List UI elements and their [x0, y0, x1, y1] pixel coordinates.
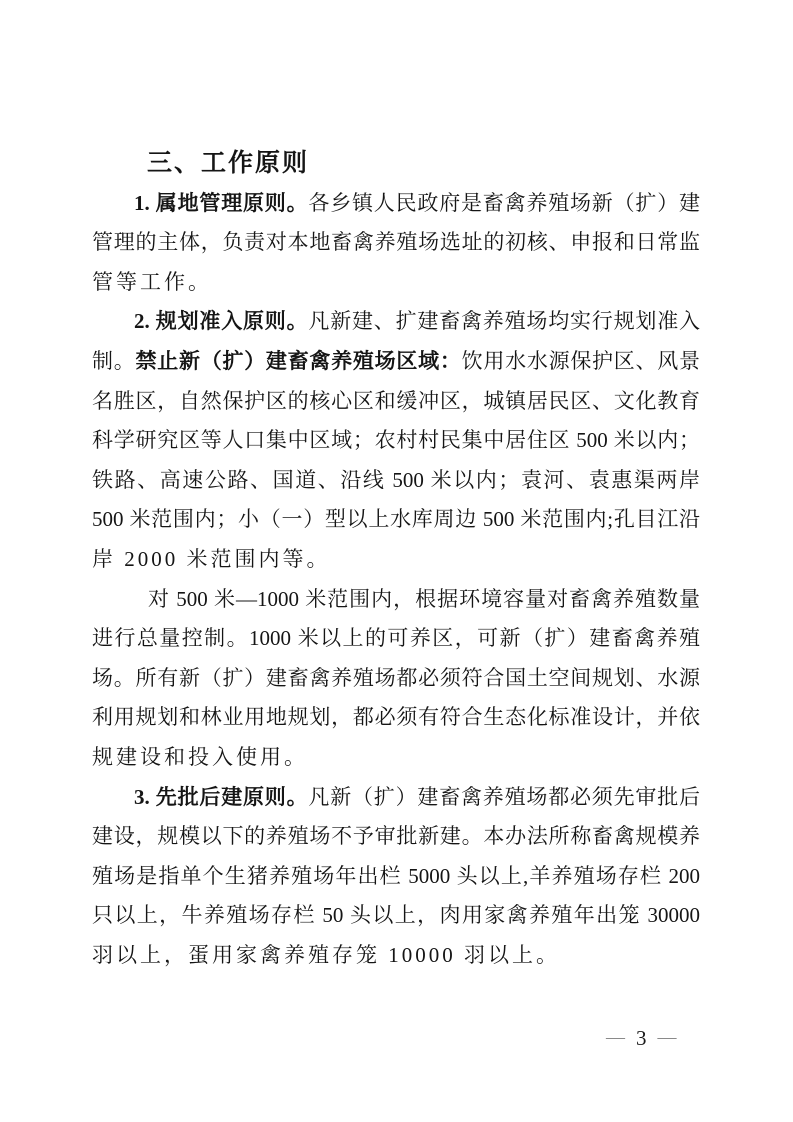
text-line: 管等工作。 [92, 263, 700, 303]
text-line: 对 500 米—1000 米范围内，根据环境容量对畜禽养殖数量 [92, 580, 700, 620]
text-line: 羽以上，蛋用家禽养殖存笼 10000 羽以上。 [92, 936, 700, 976]
text-segment: 只以上，牛养殖场存栏 50 头以上，肉用家禽养殖年出笼 30000 [92, 903, 700, 927]
text-line: 只以上，牛养殖场存栏 50 头以上，肉用家禽养殖年出笼 30000 [92, 896, 700, 936]
text-segment: 凡新建、扩建畜禽养殖场均实行规划准入 [308, 309, 700, 333]
text-line: 进行总量控制。1000 米以上的可养区，可新（扩）建畜禽养殖 [92, 619, 700, 659]
text-line: 2. 规划准入原则。凡新建、扩建畜禽养殖场均实行规划准入 [92, 302, 700, 342]
bold-text-segment: 3. 先批后建原则。 [134, 785, 308, 809]
text-line: 场。所有新（扩）建畜禽养殖场都必须符合国土空间规划、水源 [92, 659, 700, 699]
text-line: 管理的主体，负责对本地畜禽养殖场选址的初核、申报和日常监 [92, 223, 700, 263]
text-segment: 科学研究区等人口集中区域；农村村民集中居住区 500 米以内； [92, 428, 700, 452]
page-number-right-dash: — [658, 1023, 677, 1053]
bold-text-segment: 1. 属地管理原则。 [134, 191, 308, 215]
text-line: 利用规划和林业用地规划，都必须有符合生态化标准设计，并依 [92, 698, 700, 738]
text-segment: 凡新（扩）建畜禽养殖场都必须先审批后 [308, 785, 700, 809]
text-segment: 名胜区，自然保护区的核心区和缓冲区，城镇居民区、文化教育 [92, 389, 700, 413]
text-line: 制。禁止新（扩）建畜禽养殖场区域：饮用水水源保护区、风景 [92, 342, 700, 382]
text-line: 岸 2000 米范围内等。 [92, 540, 700, 580]
text-segment: 制。 [92, 349, 135, 373]
text-line: 铁路、高速公路、国道、沿线 500 米以内；袁河、袁惠渠两岸 [92, 461, 700, 501]
text-line: 1. 属地管理原则。各乡镇人民政府是畜禽养殖场新（扩）建 [92, 184, 700, 224]
text-segment: 规建设和投入使用。 [92, 745, 308, 769]
text-line: 500 米范围内；小（一）型以上水库周边 500 米范围内;孔目江沿 [92, 500, 700, 540]
text-line: 规建设和投入使用。 [92, 738, 700, 778]
text-segment: 各乡镇人民政府是畜禽养殖场新（扩）建 [308, 191, 700, 215]
page-number-value: 3 [636, 1023, 647, 1053]
bold-text-segment: 禁止新（扩）建畜禽养殖场区域： [135, 349, 461, 373]
section-heading: 三、工作原则 [92, 144, 700, 184]
page-number-left-dash: — [606, 1023, 625, 1053]
text-segment: 羽以上，蛋用家禽养殖存笼 10000 羽以上。 [92, 943, 560, 967]
document-page: 三、工作原则 1. 属地管理原则。各乡镇人民政府是畜禽养殖场新（扩）建管理的主体… [0, 0, 793, 1122]
text-line: 3. 先批后建原则。凡新（扩）建畜禽养殖场都必须先审批后 [92, 778, 700, 818]
text-segment: 进行总量控制。1000 米以上的可养区，可新（扩）建畜禽养殖 [92, 626, 700, 650]
text-segment: 管等工作。 [92, 270, 212, 294]
text-segment: 岸 2000 米范围内等。 [92, 547, 331, 571]
text-segment: 场。所有新（扩）建畜禽养殖场都必须符合国土空间规划、水源 [92, 666, 700, 690]
text-segment: 管理的主体，负责对本地畜禽养殖场选址的初核、申报和日常监 [92, 230, 700, 254]
bold-text-segment: 2. 规划准入原则。 [134, 309, 308, 333]
text-segment: 殖场是指单个生猪养殖场年出栏 5000 头以上,羊养殖场存栏 200 [92, 864, 700, 888]
text-segment: 500 米范围内；小（一）型以上水库周边 500 米范围内;孔目江沿 [92, 507, 700, 531]
text-line: 科学研究区等人口集中区域；农村村民集中居住区 500 米以内； [92, 421, 700, 461]
text-segment: 对 500 米—1000 米范围内，根据环境容量对畜禽养殖数量 [148, 587, 700, 611]
text-segment: 饮用水水源保护区、风景 [462, 349, 700, 373]
text-segment: 利用规划和林业用地规划，都必须有符合生态化标准设计，并依 [92, 705, 700, 729]
text-segment: 铁路、高速公路、国道、沿线 500 米以内；袁河、袁惠渠两岸 [92, 468, 700, 492]
text-segment: 建设，规模以下的养殖场不予审批新建。本办法所称畜禽规模养 [92, 824, 700, 848]
text-line: 殖场是指单个生猪养殖场年出栏 5000 头以上,羊养殖场存栏 200 [92, 857, 700, 897]
document-body: 三、工作原则 1. 属地管理原则。各乡镇人民政府是畜禽养殖场新（扩）建管理的主体… [92, 144, 700, 975]
page-number: — 3 — [606, 1023, 677, 1053]
text-line: 名胜区，自然保护区的核心区和缓冲区，城镇居民区、文化教育 [92, 382, 700, 422]
text-line: 建设，规模以下的养殖场不予审批新建。本办法所称畜禽规模养 [92, 817, 700, 857]
